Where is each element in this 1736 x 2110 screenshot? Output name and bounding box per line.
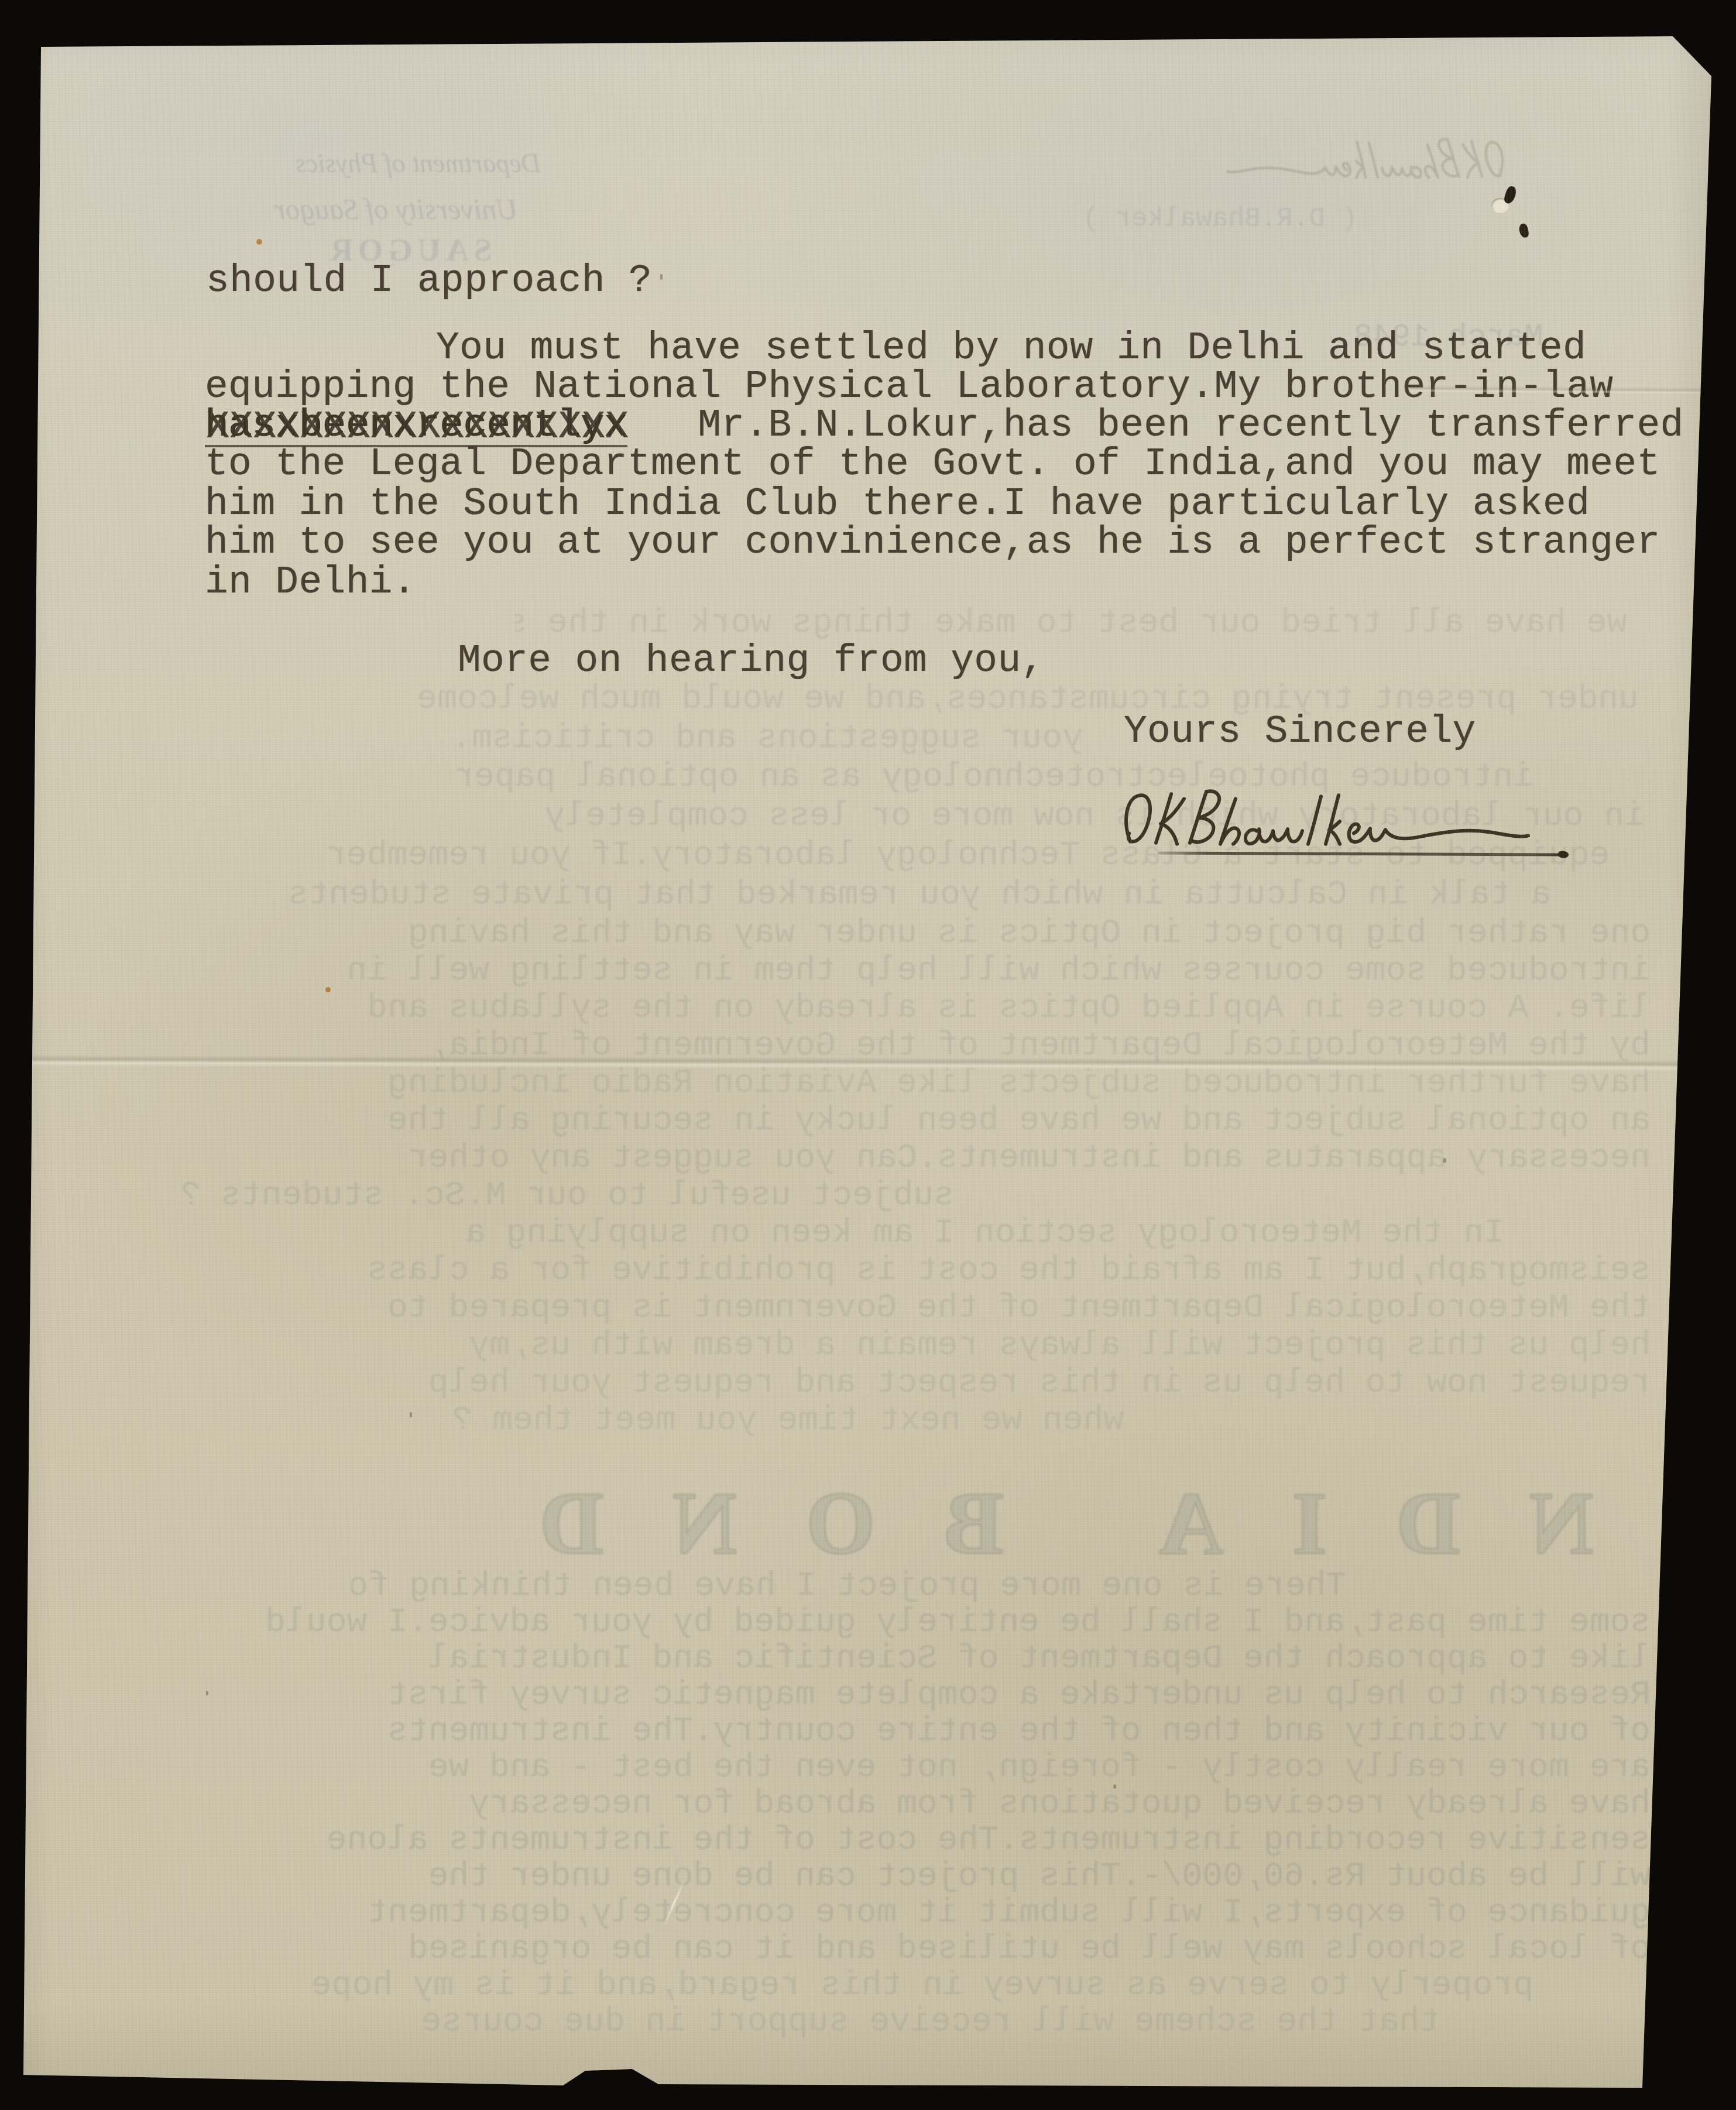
- ghost-bleedthrough-line: request now to help us in this respect a…: [105, 1366, 1651, 1402]
- typed-closing-line: More on hearing from you,: [458, 642, 1045, 680]
- ghost-bleedthrough-line: some time past,and I shall be entirely g…: [70, 1605, 1651, 1642]
- typed-opening-line: should I approach ?: [206, 262, 652, 300]
- ghost-letterhead-university: University of Saugor: [274, 192, 518, 226]
- ghost-bleedthrough-line: guidance of experts,I will submit it mor…: [70, 1896, 1651, 1932]
- ghost-bleedthrough-line: an optional subject and we have been luc…: [105, 1104, 1651, 1140]
- ghost-signature-bleedthrough: [1206, 133, 1510, 190]
- typed-line: in Delhi.: [205, 563, 416, 602]
- ghost-letterhead-department: Department of Physics: [296, 148, 541, 179]
- ghost-bleedthrough-line: life. A course in Applied Optics is alre…: [105, 991, 1651, 1027]
- ghost-bleedthrough-line: Research to help us undertake a complete…: [70, 1678, 1651, 1714]
- typed-line: to the Legal Department of the Govt. of …: [205, 445, 1660, 484]
- letter-paper: Department of Physics University of Saug…: [0, 0, 1736, 2110]
- ghost-bleedthrough-line: a talk in Calcutta in which you remarked…: [205, 878, 1551, 914]
- ghost-bleedthrough-line: of our vicinity and then of the entire c…: [70, 1714, 1651, 1751]
- ghost-bleedthrough-line: are more really costly - foreign, not ev…: [70, 1751, 1651, 1787]
- typed-line: You must have settled by now in Delhi an…: [205, 329, 1586, 368]
- ghost-bleedthrough-line: sensitive recording instruments.The cost…: [70, 1823, 1651, 1859]
- ghost-bleedthrough-line: have further introduced subjects like Av…: [105, 1066, 1651, 1102]
- dark-speck: [1518, 223, 1530, 239]
- ghost-bleedthrough-line: properly to serve as survey in this rega…: [70, 1968, 1533, 2005]
- typed-line: equipping the National Physical Laborato…: [205, 368, 1613, 406]
- typed-line-rest: Mr.B.N.Lokur,has been recently transferr…: [627, 403, 1684, 447]
- ghost-bleedthrough-line: seismograph,but I am afraid the cost is …: [105, 1253, 1651, 1290]
- handwritten-signature: [1115, 783, 1560, 861]
- ghost-bleedthrough-line: like to approach the Department of Scien…: [70, 1642, 1651, 1678]
- typed-line: him to see you at your convinience,as he…: [205, 523, 1660, 562]
- ghost-bleedthrough-line: that the scheme will receive support in …: [94, 2005, 1440, 2041]
- paper-watermark: INDIA BOND: [82, 1471, 1697, 1582]
- rust-speck: [325, 987, 331, 992]
- ghost-bleedthrough-line: help us this project will always remain …: [105, 1328, 1651, 1365]
- ghost-typed-name: ( D.R.Bhawalker ): [1083, 204, 1357, 234]
- ghost-bleedthrough-line: your suggestions and criticism.: [205, 721, 1083, 758]
- ghost-bleedthrough-line: one rather big project in Optics is unde…: [105, 916, 1651, 953]
- ghost-bleedthrough-line: when we next time you meet them ?: [246, 1403, 1124, 1440]
- struck-out-text: hasxbeenxrecentlyx: [205, 406, 627, 447]
- ghost-bleedthrough-line: the Meteorological Department of the Gov…: [105, 1291, 1651, 1327]
- paper-fiber: [1113, 1784, 1116, 1789]
- typed-line: him in the South India Club there.I have…: [205, 485, 1590, 523]
- paper-fiber: [410, 1412, 412, 1417]
- ghost-bleedthrough-line: we have all tried our best to make thing…: [515, 606, 1627, 642]
- scanned-letter-page: { "document": { "kind": "typewritten let…: [0, 0, 1736, 2110]
- typed-line: hasxbeenxrecentlyx Mr.B.N.Lokur,has been…: [205, 406, 1684, 447]
- ghost-bleedthrough-line: have already received quotations from ab…: [70, 1787, 1651, 1823]
- paper-fiber: [660, 274, 663, 280]
- ghost-bleedthrough-line: In the Meteorology section I am keen on …: [246, 1216, 1504, 1252]
- ghost-bleedthrough-line: of local schools may well be utilised an…: [70, 1932, 1651, 1968]
- valediction: Yours Sincerely: [1124, 713, 1476, 751]
- ghost-bleedthrough-line: necessary apparatus and instruments.Can …: [105, 1141, 1651, 1177]
- ghost-bleedthrough-line: will be about Rs.60,000/-.This project c…: [70, 1859, 1651, 1896]
- paper-fiber: [1443, 1158, 1446, 1163]
- rust-speck: [256, 239, 262, 245]
- ghost-bleedthrough-line: subject useful to our M.Sc. students ?: [105, 1179, 954, 1215]
- ghost-bleedthrough-line: introduced some courses which will help …: [105, 954, 1651, 990]
- paper-fiber: [206, 1691, 208, 1695]
